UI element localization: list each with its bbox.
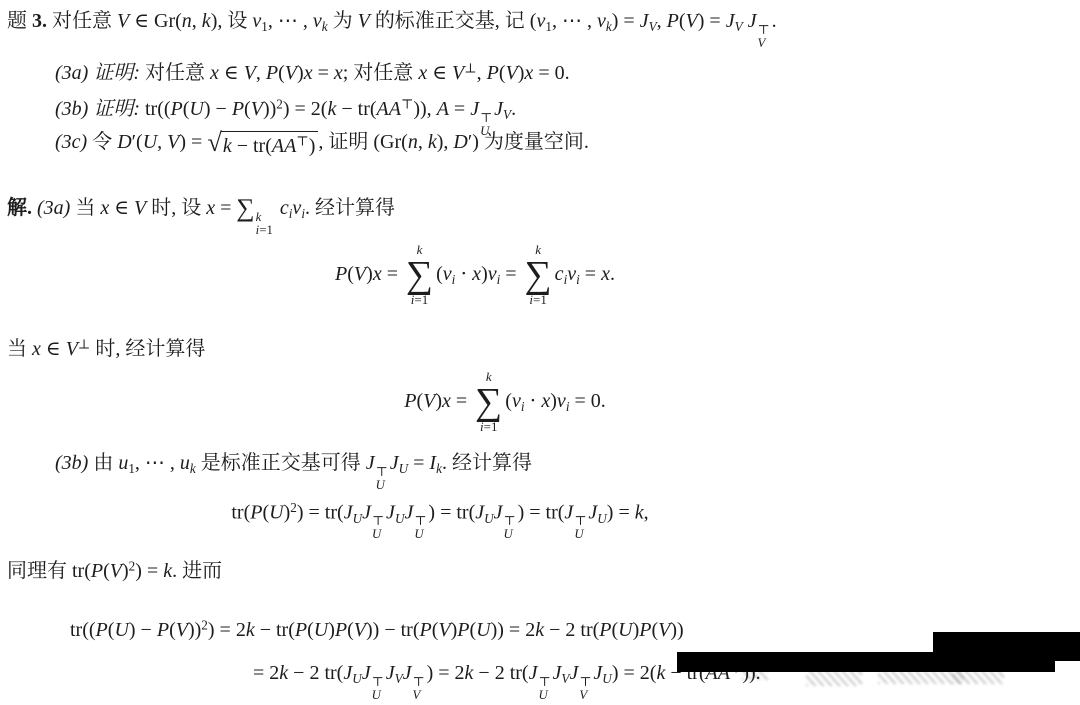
solution-similarly-line: 同理有 tr(P(V)2) = k. 进而 <box>7 558 222 584</box>
equation-final-line1: tr((P(U) − P(V))2) = 2k − tr(P(U)P(V)) −… <box>70 617 684 643</box>
equation-projection-sum-x: P(V)x = k∑i=1(vi ⋅ x)vi = k∑i=1civi = x. <box>0 243 950 308</box>
equation-projection-sum-zero: P(V)x = k∑i=1(vi ⋅ x)vi = 0. <box>0 370 1010 435</box>
solution-part-3b: (3b) 由 u1, ⋯ , uk 是标准正交基可得 J⊤UJU = Ik. 经… <box>55 450 532 492</box>
solution-case-x-perp: 当 x ∈ V⊥ 时, 经计算得 <box>7 336 205 362</box>
problem-statement: 题 3. 对任意 V ∈ Gr(n, k), 设 v1, ⋯ , vk 为 V … <box>7 8 777 50</box>
equation-trace-pu-squared: tr(P(U)2) = tr(JUJ⊤UJUJ⊤U) = tr(JUJ⊤U) =… <box>0 501 880 541</box>
redaction-bar-long <box>677 652 1055 672</box>
problem-item-3a: (3a) 证明: 对任意 x ∈ V, P(V)x = x; 对任意 x ∈ V… <box>55 60 570 86</box>
problem-item-3c: (3c) 令 D′(U, V) = √k − tr(AA⊤), 证明 (Gr(n… <box>55 129 589 159</box>
solution-intro: 解. (3a) 当 x ∈ V 时, 设 x = ∑ki=1 civi. 经计算… <box>7 191 395 237</box>
math-document-page: 题 3. 对任意 V ∈ Gr(n, k), 设 v1, ⋯ , vk 为 V … <box>0 0 1080 705</box>
